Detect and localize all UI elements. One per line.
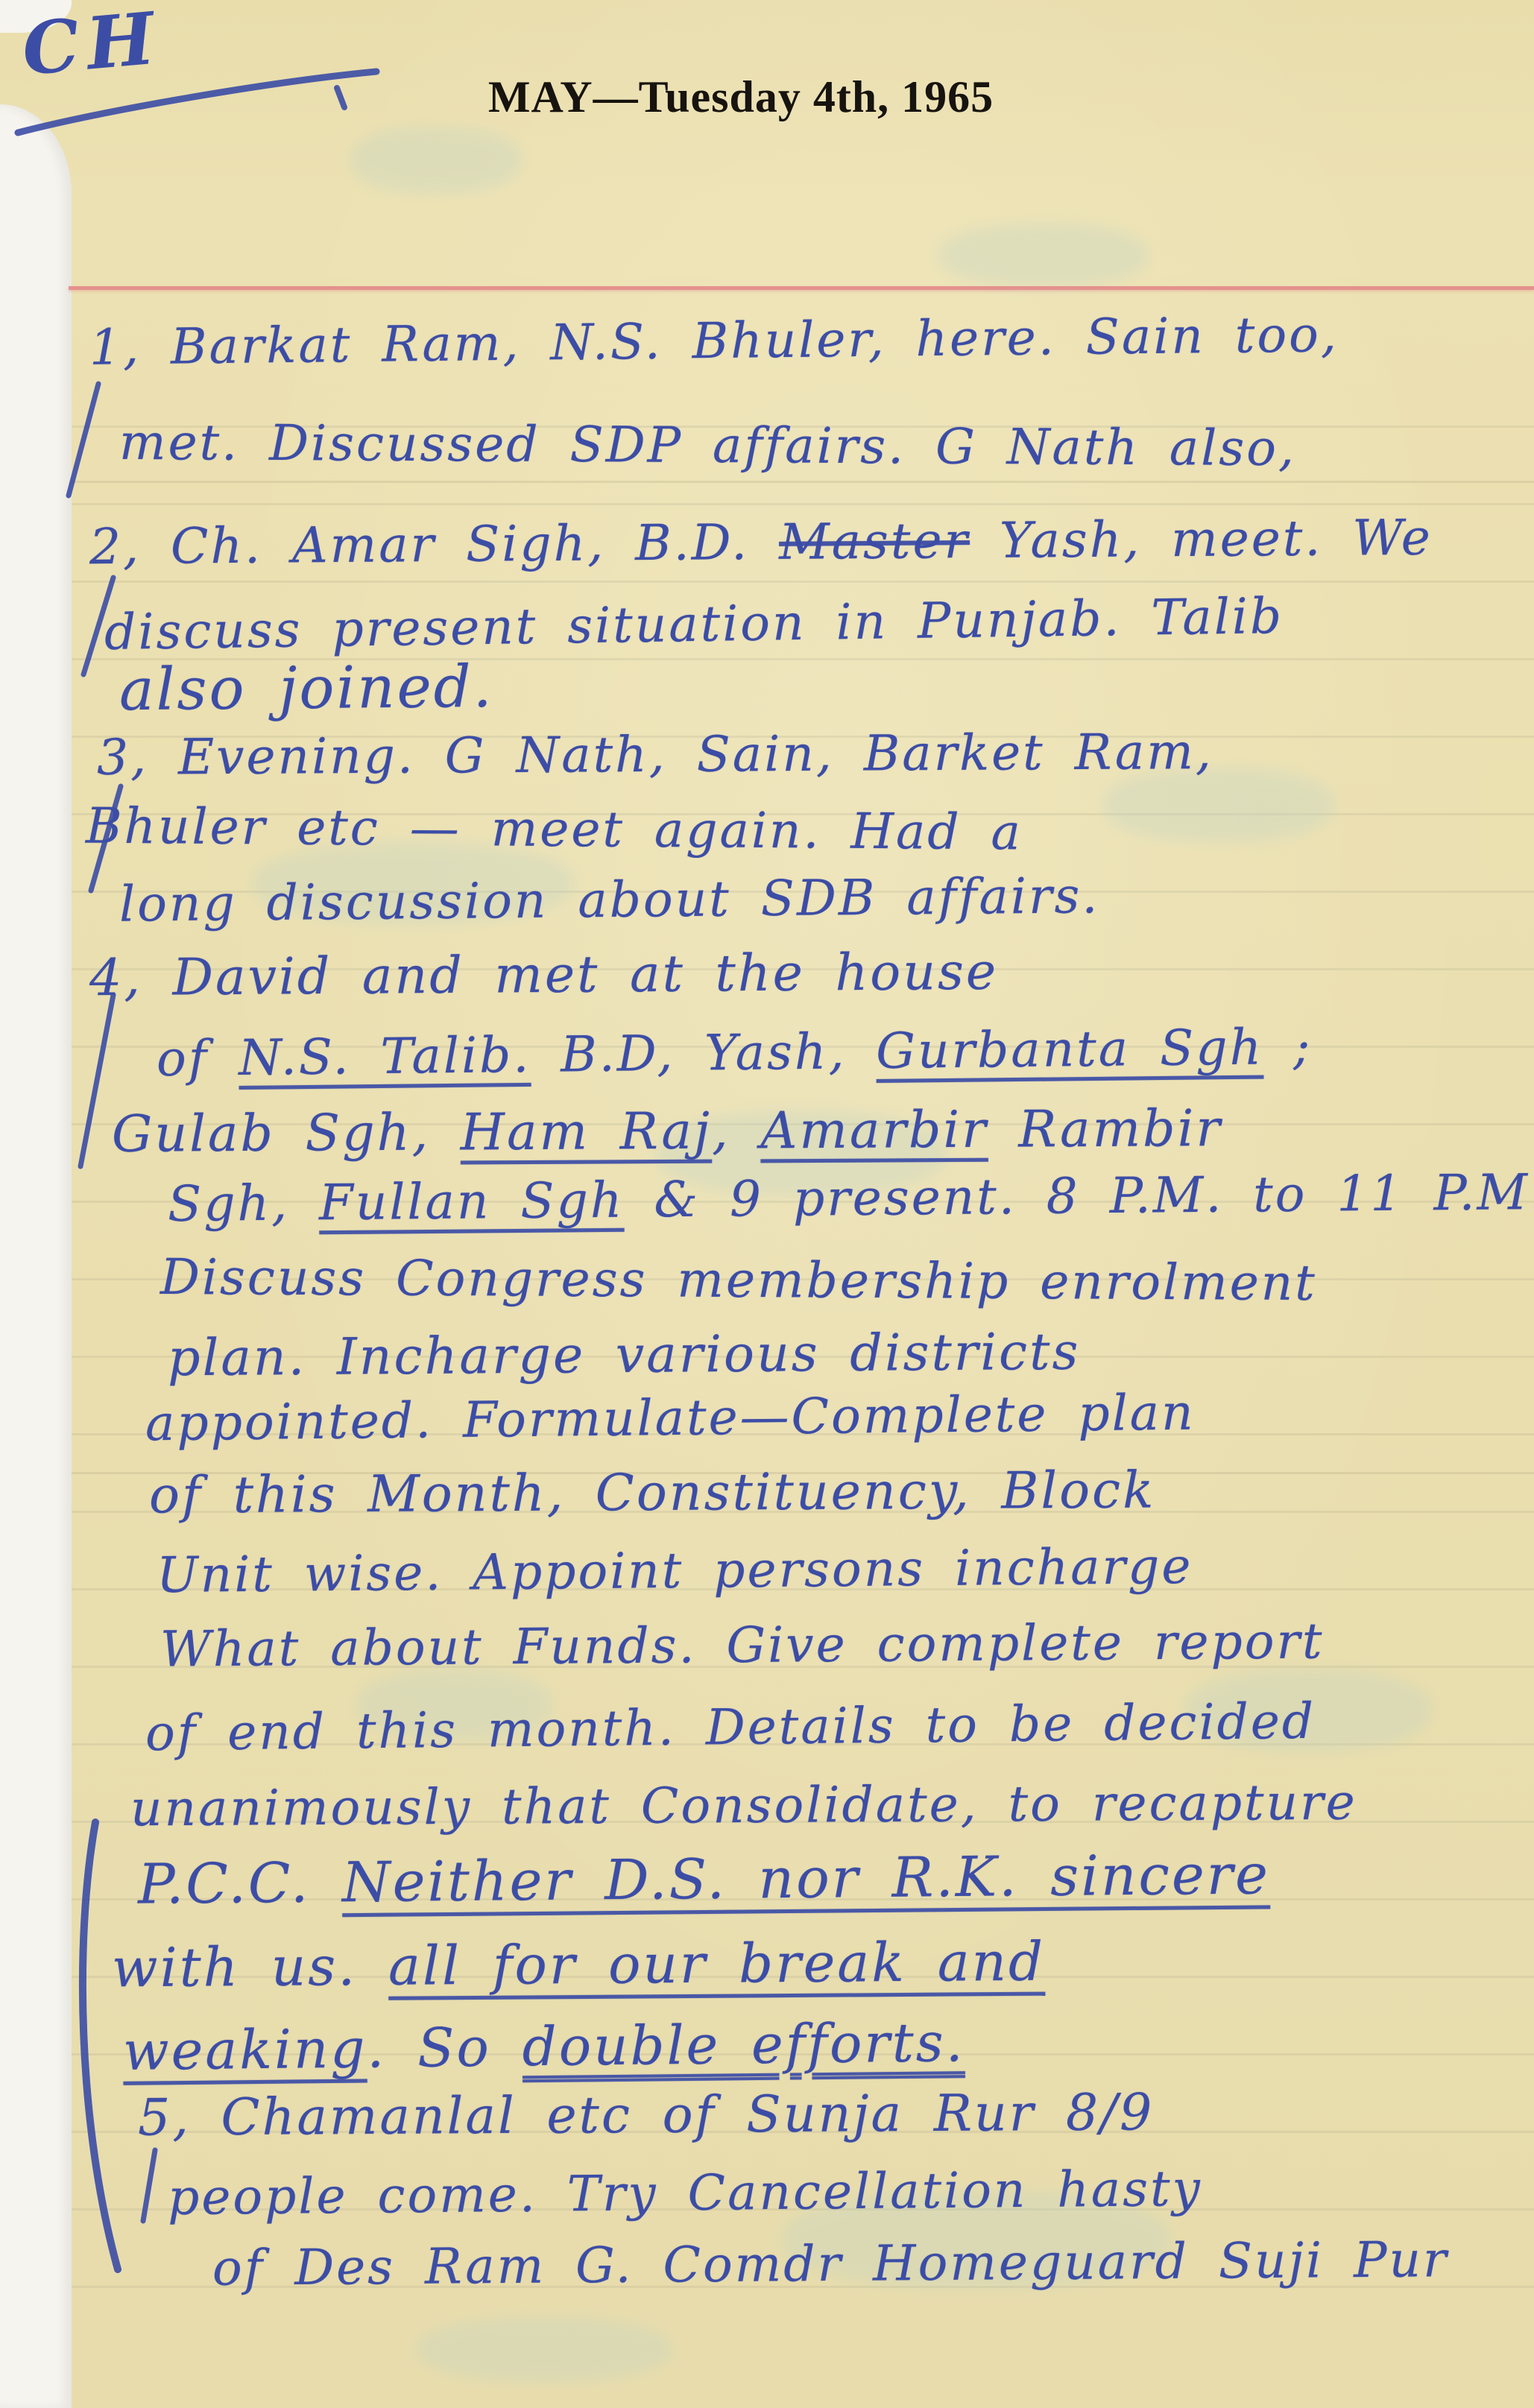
handwriting-line-23: weaking. So double efforts. xyxy=(123,2012,965,2082)
handwriting-line-11: Gulab Sgh, Ham Raj, Amarbir Rambir xyxy=(112,1100,1222,1164)
handwriting-segment: discuss present situation in Punjab. Tal… xyxy=(104,587,1284,661)
handwriting-line-15: appointed. Formulate—Complete plan xyxy=(145,1385,1196,1453)
handwriting-segment: 3, Evening. G Nath, Sain, Barket Ram, xyxy=(97,723,1213,786)
handwriting-segment: Sgh, xyxy=(168,1174,320,1233)
handwriting-segment: people come. Try Cancellation hasty xyxy=(168,2160,1203,2226)
handwriting-segment: Fullan Sgh xyxy=(319,1172,625,1232)
handwriting-line-3: 2, Ch. Amar Sigh, B.D. Master Yash, meet… xyxy=(89,510,1433,575)
handwriting-line-20: unanimously that Consolidate, to recaptu… xyxy=(130,1775,1357,1838)
handwriting-line-8: long discussion about SDB affairs. xyxy=(119,868,1100,932)
handwriting-segment: 1, Barkat Ram, N.S. Bhuler, here. Sain t… xyxy=(89,306,1339,376)
handwriting-line-19: of end this month. Details to be decided xyxy=(145,1693,1316,1762)
handwriting-segment: B.D, Yash, xyxy=(531,1023,877,1084)
handwriting-segment: with us. xyxy=(112,1935,389,2000)
handwriting-line-10: of N.S. Talib. B.D, Yash, Gurbanta Sgh ; xyxy=(157,1019,1313,1087)
item-slash-4 xyxy=(81,995,113,1166)
handwriting-line-24: 5, Chamanlal etc of Sunja Rur 8/9 xyxy=(138,2084,1155,2147)
handwriting-segment: Rambir xyxy=(988,1099,1222,1160)
handwriting-segment: Bhuler etc — meet again. Had a xyxy=(86,797,1023,862)
item-slash-1 xyxy=(69,384,98,496)
handwriting-segment: of end this month. Details to be decided xyxy=(145,1693,1316,1762)
handwriting-segment: long discussion about SDB affairs. xyxy=(119,867,1100,932)
handwriting-line-13: Discuss Congress membership enrolment xyxy=(160,1249,1317,1312)
handwriting-segment: of this Month, Constituency, Block xyxy=(149,1461,1156,1525)
handwriting-line-12: Sgh, Fullan Sgh & 9 present. 8 P.M. to 1… xyxy=(168,1164,1534,1233)
handwriting-line-5: also joined. xyxy=(119,654,494,724)
handwriting-segment: appointed. Formulate—Complete plan xyxy=(145,1384,1196,1453)
handwriting-segment: double efforts. xyxy=(522,2011,965,2078)
handwriting-layer: CH 1, Barkat Ram, N.S. Bhuler, here. Sai… xyxy=(0,0,1534,2408)
handwriting-segment: . So xyxy=(367,2015,523,2079)
handwriting-segment: Unit wise. Appoint persons incharge xyxy=(157,1538,1193,1604)
handwriting-line-9: 4, David and met at the house xyxy=(89,944,999,1008)
handwriting-line-25: people come. Try Cancellation hasty xyxy=(168,2161,1203,2226)
handwriting-segment: 5, Chamanlal etc of Sunja Rur 8/9 xyxy=(138,2083,1155,2147)
handwriting-segment: all for our break and xyxy=(388,1930,1046,1997)
handwriting-segment: Neither D.S. nor R.K. sincere xyxy=(341,1842,1270,1915)
handwriting-line-4: discuss present situation in Punjab. Tal… xyxy=(104,588,1284,661)
handwriting-segment: 4, David and met at the house xyxy=(89,943,999,1008)
handwriting-segment: Yash, meet. We xyxy=(970,509,1433,569)
handwriting-line-22: with us. all for our break and xyxy=(112,1931,1046,2000)
handwriting-line-17: Unit wise. Appoint persons incharge xyxy=(157,1538,1193,1604)
corner-initials: CH xyxy=(19,0,165,92)
handwriting-segment: , xyxy=(712,1102,761,1160)
handwriting-line-1: 1, Barkat Ram, N.S. Bhuler, here. Sain t… xyxy=(89,306,1339,376)
handwriting-segment: weaking xyxy=(123,2017,367,2082)
handwriting-line-26: of Des Ram G. Comdr Homeguard Suji Pur xyxy=(212,2231,1449,2296)
handwriting-segment: of xyxy=(157,1029,239,1087)
handwriting-line-16: of this Month, Constituency, Block xyxy=(149,1461,1156,1525)
handwriting-segment: met. Discussed SDP affairs. G Nath also, xyxy=(119,414,1296,477)
handwriting-segment: 2, Ch. Amar Sigh, B.D. xyxy=(89,513,780,575)
handwriting-segment: & 9 present. 8 P.M. to 11 P.M. xyxy=(624,1163,1534,1229)
handwriting-segment: of Des Ram G. Comdr Homeguard Suji Pur xyxy=(212,2231,1449,2297)
handwriting-segment: unanimously that Consolidate, to recaptu… xyxy=(130,1774,1357,1838)
handwriting-segment: plan. Incharge various districts xyxy=(168,1323,1081,1388)
handwriting-segment: What about Funds. Give complete report xyxy=(160,1613,1325,1678)
handwriting-segment: Gurbanta Sgh xyxy=(876,1019,1263,1080)
handwriting-line-18: What about Funds. Give complete report xyxy=(160,1614,1325,1678)
handwriting-segment: Gulab Sgh, xyxy=(112,1103,461,1163)
margin-bracket-stroke xyxy=(83,1822,118,2269)
item-slash-5 xyxy=(143,2150,155,2221)
handwriting-segment: Discuss Congress membership enrolment xyxy=(160,1248,1317,1312)
handwriting-line-7: Bhuler etc — meet again. Had a xyxy=(86,798,1023,862)
handwriting-segment: P.C.C. xyxy=(138,1851,343,1916)
corner-tick-stroke xyxy=(337,88,344,107)
handwriting-line-6: 3, Evening. G Nath, Sain, Barket Ram, xyxy=(97,724,1213,786)
handwriting-segment: Master xyxy=(779,512,970,571)
handwriting-line-14: plan. Incharge various districts xyxy=(168,1324,1081,1388)
handwriting-segment: ; xyxy=(1263,1018,1313,1076)
scanned-diary-page: MAY—Tuesday 4th, 1965 CH 1, Barkat Ram, … xyxy=(0,0,1534,2408)
handwriting-segment: also joined. xyxy=(119,654,494,724)
handwriting-segment: N.S. Talib. xyxy=(239,1026,531,1087)
handwriting-line-21: P.C.C. Neither D.S. nor R.K. sincere xyxy=(138,1843,1271,1916)
handwriting-line-2: met. Discussed SDP affairs. G Nath also, xyxy=(119,414,1296,477)
handwriting-segment: Ham Raj xyxy=(460,1102,712,1163)
handwriting-segment: Amarbir xyxy=(760,1101,988,1161)
